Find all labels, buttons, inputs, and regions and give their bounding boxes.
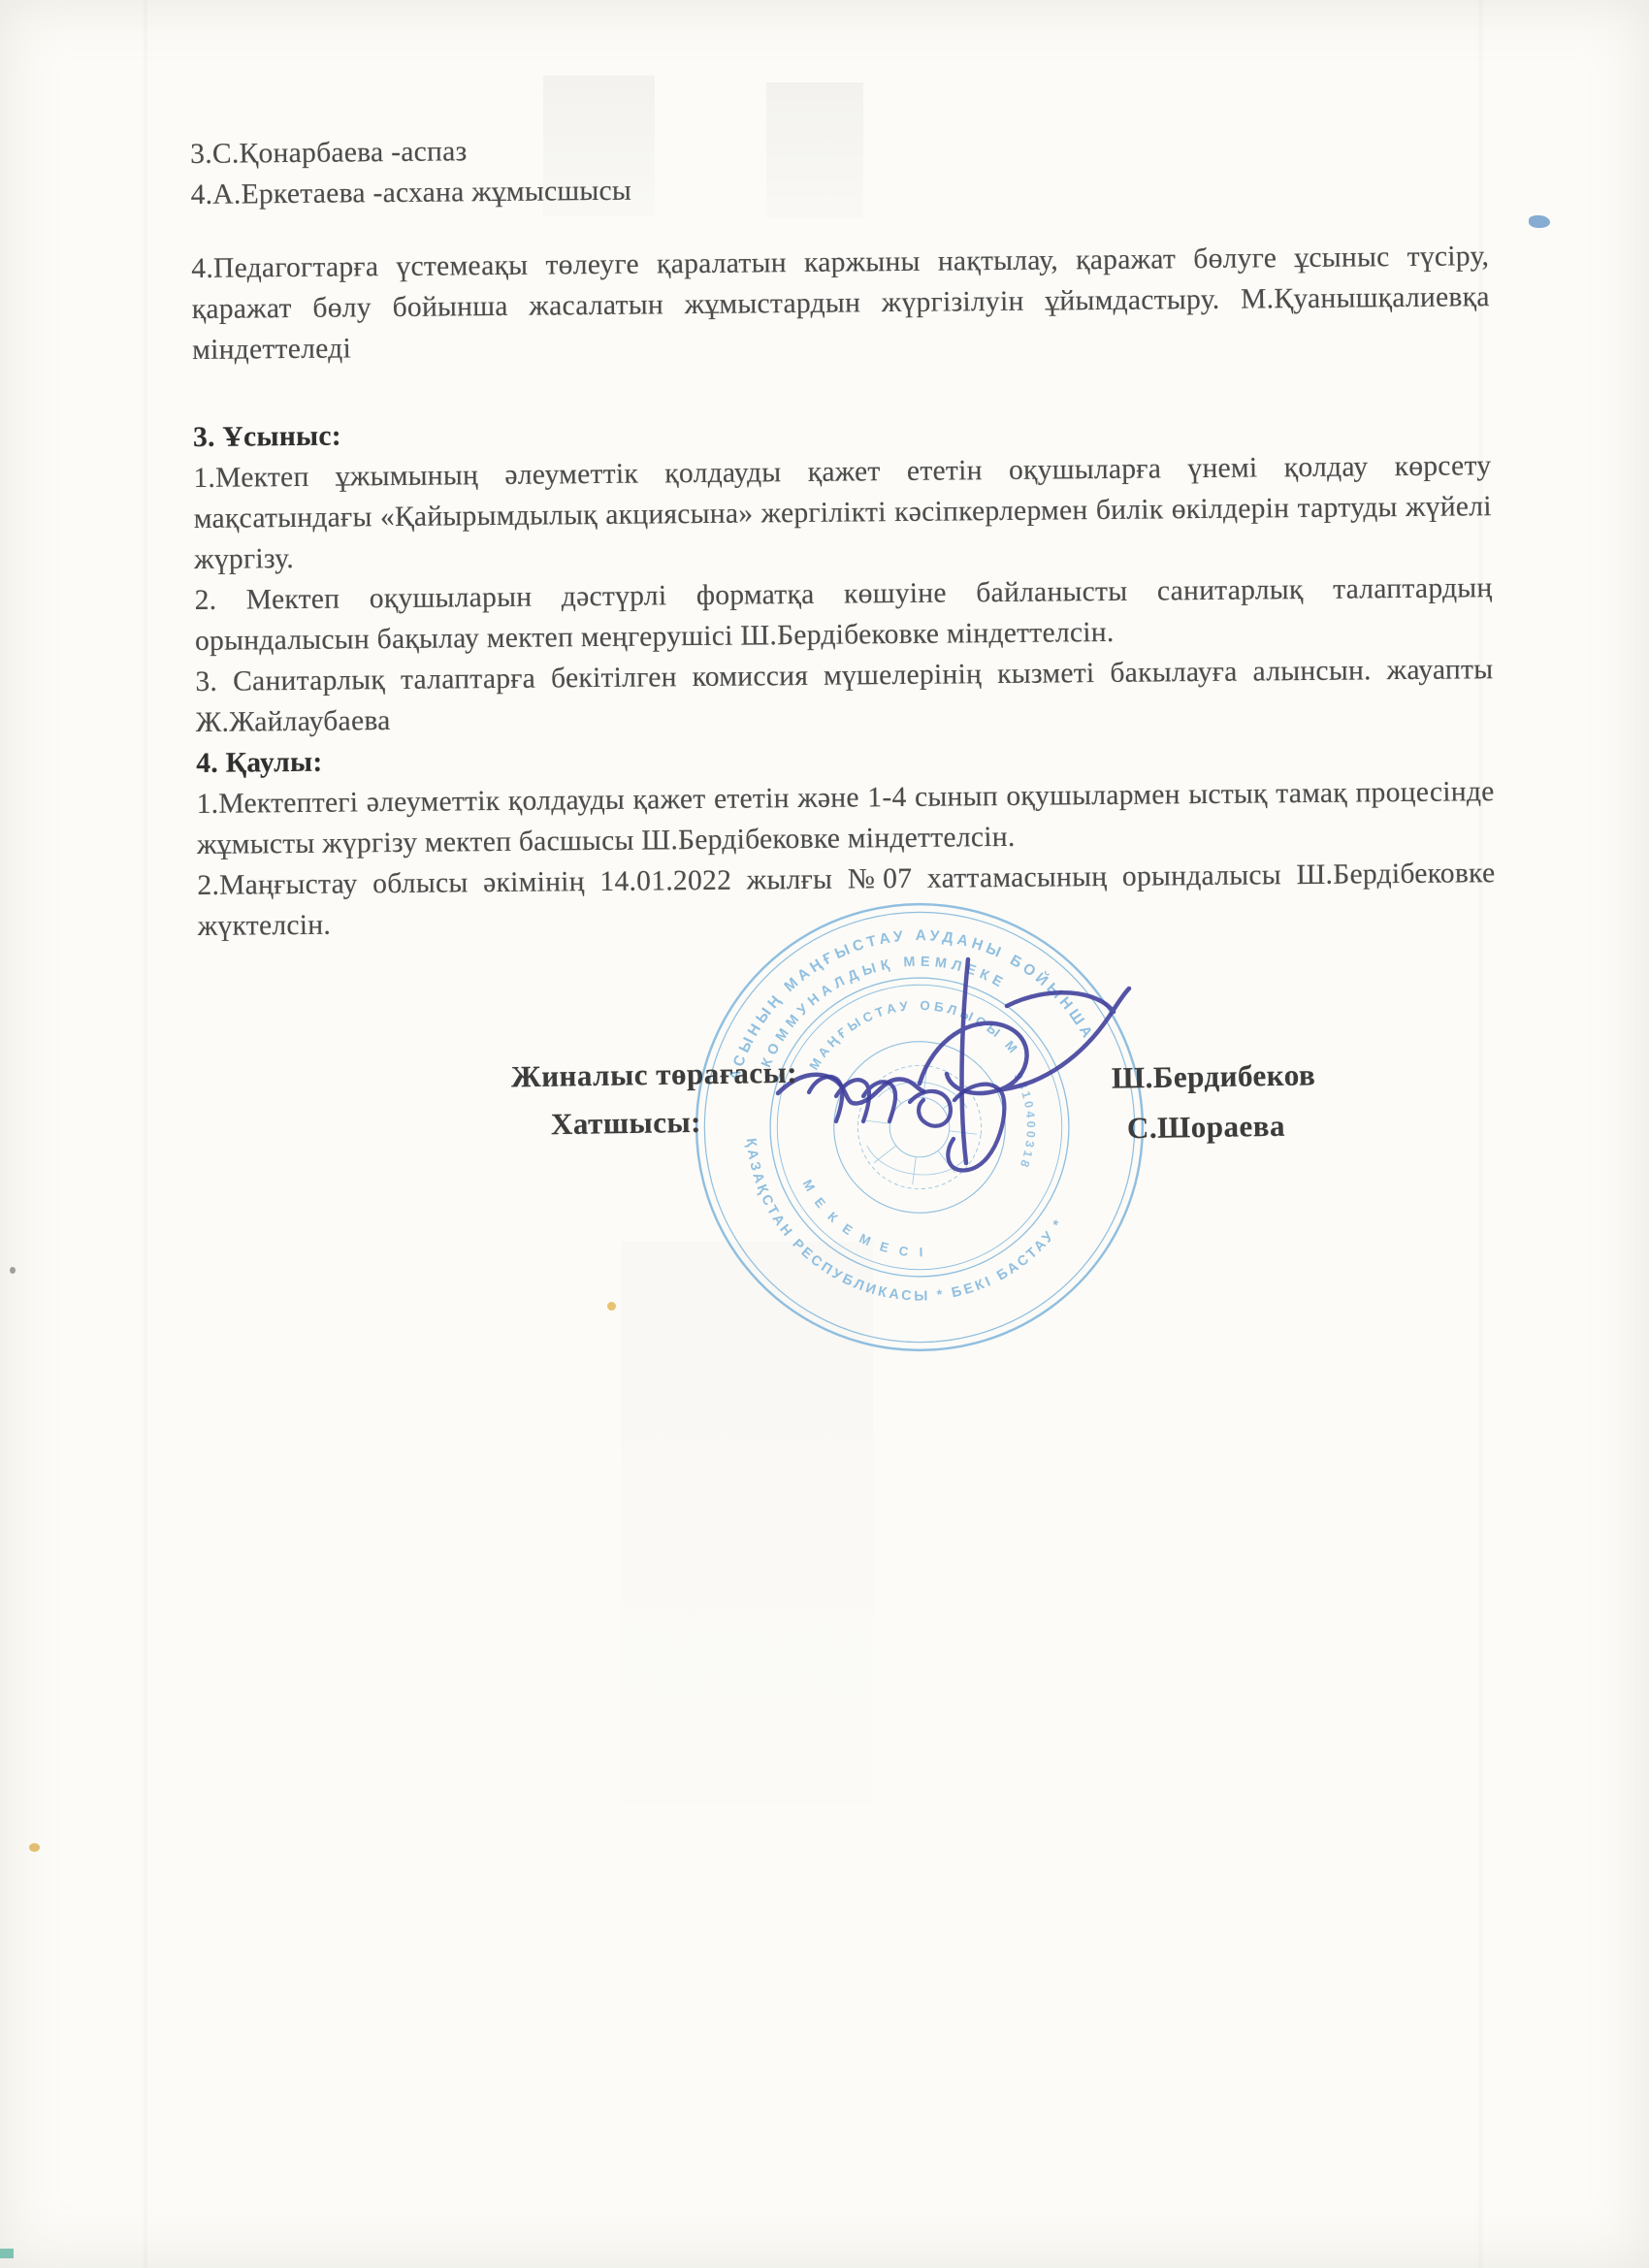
svg-text:МАҢҒЫСТАУ ОБЛЫСЫ М: МАҢҒЫСТАУ ОБЛЫСЫ М — [806, 985, 1028, 1097]
svg-text:9810400318: 9810400318 — [1000, 1069, 1046, 1172]
stamp-text-number: 9810400318 — [1000, 1069, 1046, 1172]
svg-text:КОММУНАЛДЫҚ МЕМЛЕКЕ: КОММУНАЛДЫҚ МЕМЛЕКЕ — [759, 935, 1012, 1097]
assignment-paragraph: 4.Педагогтарға үстемеақы төлеуге қаралат… — [191, 236, 1490, 371]
stamp-text-inner-top: МАҢҒЫСТАУ ОБЛЫСЫ М — [806, 985, 1028, 1097]
scan-streak — [144, 0, 147, 2268]
scan-speck-yellow — [607, 1302, 616, 1311]
scan-speck-teal — [0, 2249, 14, 2258]
scan-speck-dark — [10, 1267, 16, 1274]
scanned-document-page: 3.С.Қонарбаева -аспаз 4.А.Еркетаева -асх… — [0, 0, 1649, 2268]
chair-label: Жиналыс төрағасы: — [511, 1055, 798, 1095]
stamp-text-middle-top: КОММУНАЛДЫҚ МЕМЛЕКЕ — [759, 935, 1012, 1097]
secretary-name: С.Шораева — [1127, 1109, 1285, 1147]
section-4-item: 2.Маңғыстау облысы әкімінің 14.01.2022 ж… — [197, 853, 1496, 947]
stamp-emblem-rays — [856, 1063, 985, 1192]
section-3-item: 1.Мектеп ұжымының әлеуметтік қолдауды қа… — [193, 445, 1492, 580]
section-3-item: 3. Санитарлық талаптарға бекітілген коми… — [195, 649, 1494, 743]
secretary-label: Хатшысы: — [551, 1105, 702, 1142]
scan-speck-yellow — [29, 1843, 40, 1852]
document-body: 3.С.Қонарбаева -аспаз 4.А.Еркетаева -асх… — [190, 121, 1496, 947]
section-3-item: 2. Мектеп оқушыларын дәстүрлі форматқа к… — [194, 567, 1493, 662]
chair-name: Ш.Бердибеков — [1112, 1057, 1316, 1095]
secretary-signature-ink — [797, 1046, 1059, 1182]
chair-signature-ink — [766, 946, 1174, 1179]
scan-smudge — [621, 1242, 873, 1804]
scan-speck-blue — [1529, 215, 1550, 228]
section-4-item: 1.Мектептегі әлеуметтік қолдауды қажет е… — [196, 771, 1495, 865]
